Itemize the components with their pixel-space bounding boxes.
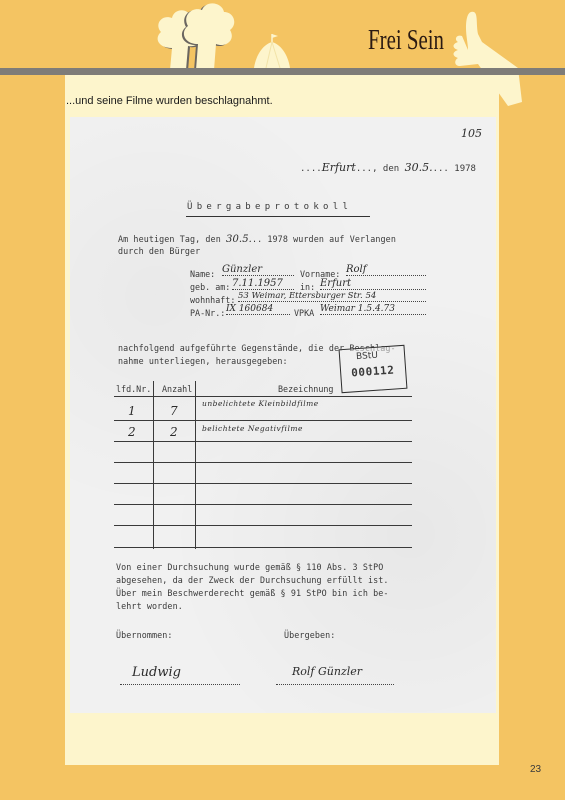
table-rule — [114, 483, 412, 484]
trees-icon — [148, 2, 238, 72]
stamp-label: BStU — [356, 351, 379, 363]
page-number: 23 — [530, 764, 541, 775]
table-rule — [114, 462, 412, 463]
vpka-value: Weimar 1.5.4.73 — [320, 304, 426, 315]
signature-line — [276, 683, 394, 685]
row-anzahl: 2 — [170, 425, 178, 439]
intro-date: 30.5. — [226, 234, 252, 245]
row-nr: 2 — [128, 425, 136, 439]
closing-line: abgesehen, da der Zweck der Durchsuchung… — [116, 575, 389, 585]
in-value: Erfurt — [320, 278, 426, 290]
place-value: Erfurt — [322, 161, 356, 174]
wohnhaft-value: 53 Weimar, Ettersburger Str. 54 — [238, 291, 426, 302]
intro-line-1: Am heutigen Tag, den 30.5... 1978 wurden… — [118, 234, 396, 245]
table-rule — [114, 420, 412, 421]
table-rule — [114, 396, 412, 397]
table-rule — [114, 525, 412, 526]
table-col-divider — [153, 381, 154, 549]
closing-line: Über mein Beschwerderecht gemäß § 91 StP… — [116, 588, 389, 598]
pa-value: IX 160684 — [226, 304, 290, 315]
title-underline — [186, 216, 370, 217]
table-rule — [114, 547, 412, 548]
stamp-number: 000112 — [351, 364, 395, 380]
table-rule — [114, 441, 412, 442]
archive-number: 105 — [461, 127, 482, 140]
pa-label: PA-Nr.: — [190, 308, 225, 318]
document-title: Übergabeprotokoll — [187, 202, 352, 212]
tent-icon — [250, 30, 294, 70]
name-value: Günzler — [222, 264, 294, 276]
table-col-divider — [195, 381, 196, 549]
row-anzahl: 7 — [170, 404, 178, 418]
signature-line — [120, 683, 240, 685]
intro-line-2: durch den Bürger — [118, 246, 200, 256]
intro-year: 1978 — [267, 234, 288, 244]
den-label: , den — [372, 164, 399, 174]
year-value: 1978 — [454, 164, 476, 174]
vpka-label: VPKA — [294, 308, 314, 318]
row-bezeichnung: belichtete Negativfilme — [202, 424, 303, 433]
table-header-bezeichnung: Bezeichnung — [278, 384, 333, 394]
uebergeben-label: Übergeben: — [284, 630, 335, 640]
uebernommen-signature: Ludwig — [132, 665, 181, 680]
header-divider — [0, 68, 565, 75]
date-value: 30.5. — [405, 161, 433, 174]
closing-line: Von einer Durchsuchung wurde gemäß § 110… — [116, 562, 383, 572]
brand-title: Frei Sein — [368, 26, 444, 55]
geb-label: geb. am: — [190, 282, 230, 292]
uebernommen-label: Übernommen: — [116, 630, 173, 640]
scanned-document: 105 ....Erfurt..., den 30.5.... 1978 Übe… — [70, 117, 496, 713]
para-line-2: nahme unterliegen, herausgegeben: — [118, 356, 288, 366]
page-header: Frei Sein — [0, 0, 565, 76]
bstu-stamp: BStU 000112 — [339, 345, 408, 393]
geb-value: 7.11.1957 — [232, 278, 294, 290]
uebergeben-signature: Rolf Günzler — [292, 665, 362, 678]
place-date-line: ....Erfurt..., den 30.5.... 1978 — [300, 161, 476, 174]
closing-line: lehrt worden. — [116, 601, 183, 611]
name-label: Name: — [190, 269, 215, 279]
vorname-value: Rolf — [346, 264, 426, 276]
table-rule — [114, 504, 412, 505]
table-header-anzahl: Anzahl — [162, 384, 192, 394]
caption-text: ...und seine Filme wurden beschlagnahmt. — [66, 95, 273, 107]
table-header-nr: lfd.Nr. — [116, 384, 151, 394]
row-bezeichnung: unbelichtete Kleinbildfilme — [202, 399, 319, 408]
row-nr: 1 — [128, 404, 136, 418]
intro-suffix: wurden auf Verlangen — [293, 234, 396, 244]
intro-prefix: Am heutigen Tag, den — [118, 234, 221, 244]
